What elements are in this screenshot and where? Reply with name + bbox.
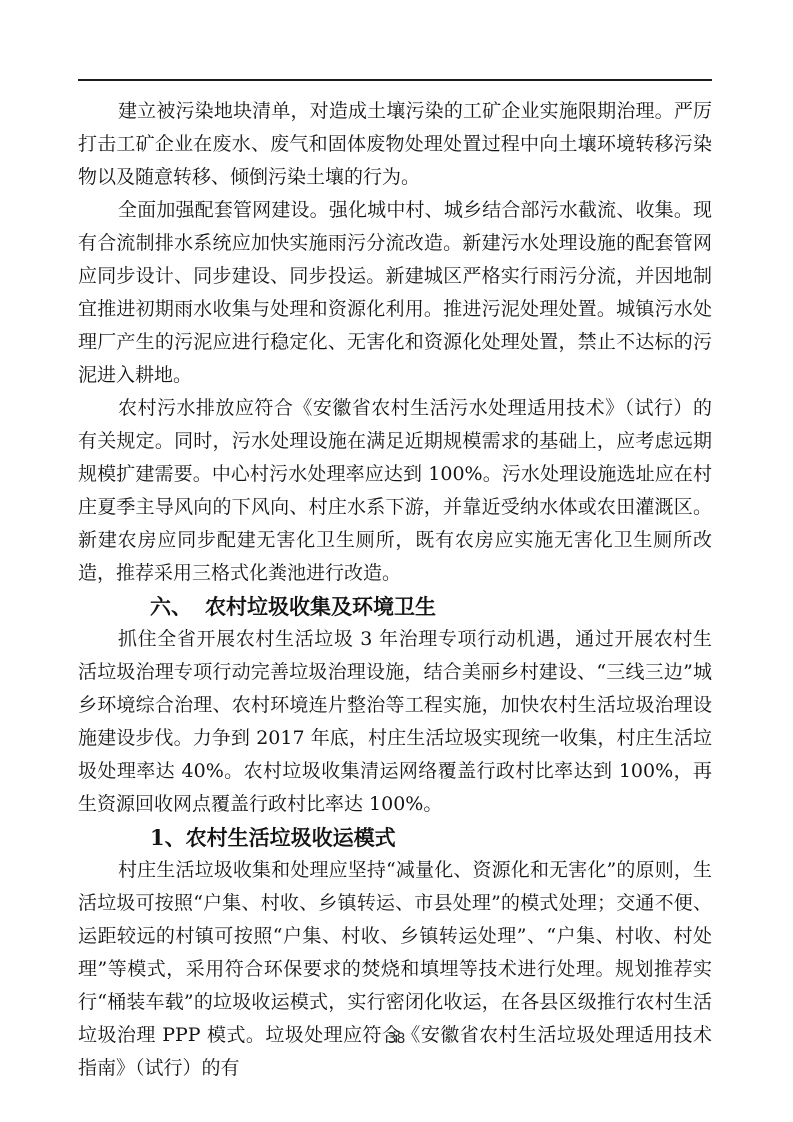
sub-heading-collection-mode: 1、农村生活垃圾收运模式 bbox=[78, 821, 712, 854]
paragraph-garbage-action: 抓住全省开展农村生活垃圾 3 年治理专项行动机遇，通过开展农村生活垃圾治理专项行… bbox=[78, 623, 712, 821]
page-footer: 38 bbox=[0, 1031, 793, 1047]
section-heading: 六、农村垃圾收集及环境卫生 bbox=[78, 590, 712, 623]
document-content: 建立被污染地块清单，对造成土壤污染的工矿企业实施限期治理。严厉打击工矿企业在废水… bbox=[78, 95, 712, 1085]
paragraph-soil-pollution: 建立被污染地块清单，对造成土壤污染的工矿企业实施限期治理。严厉打击工矿企业在废水… bbox=[78, 95, 712, 194]
paragraph-pipe-network: 全面加强配套管网建设。强化城中村、城乡结合部污水截流、收集。现有合流制排水系统应… bbox=[78, 194, 712, 392]
paragraph-rural-sewage: 农村污水排放应符合《安徽省农村生活污水处理适用技术》（试行）的有关规定。同时，污… bbox=[78, 392, 712, 590]
paragraph-collection-mode: 村庄生活垃圾收集和处理应坚持“减量化、资源化和无害化”的原则，生活垃圾可按照“户… bbox=[78, 854, 712, 1085]
section-title: 农村垃圾收集及环境卫生 bbox=[205, 594, 436, 619]
section-number: 六、 bbox=[150, 594, 192, 619]
header-rule bbox=[78, 79, 712, 81]
document-page: 建立被污染地块清单，对造成土壤污染的工矿企业实施限期治理。严厉打击工矿企业在废水… bbox=[0, 0, 793, 1122]
page-number: 38 bbox=[388, 1031, 406, 1047]
